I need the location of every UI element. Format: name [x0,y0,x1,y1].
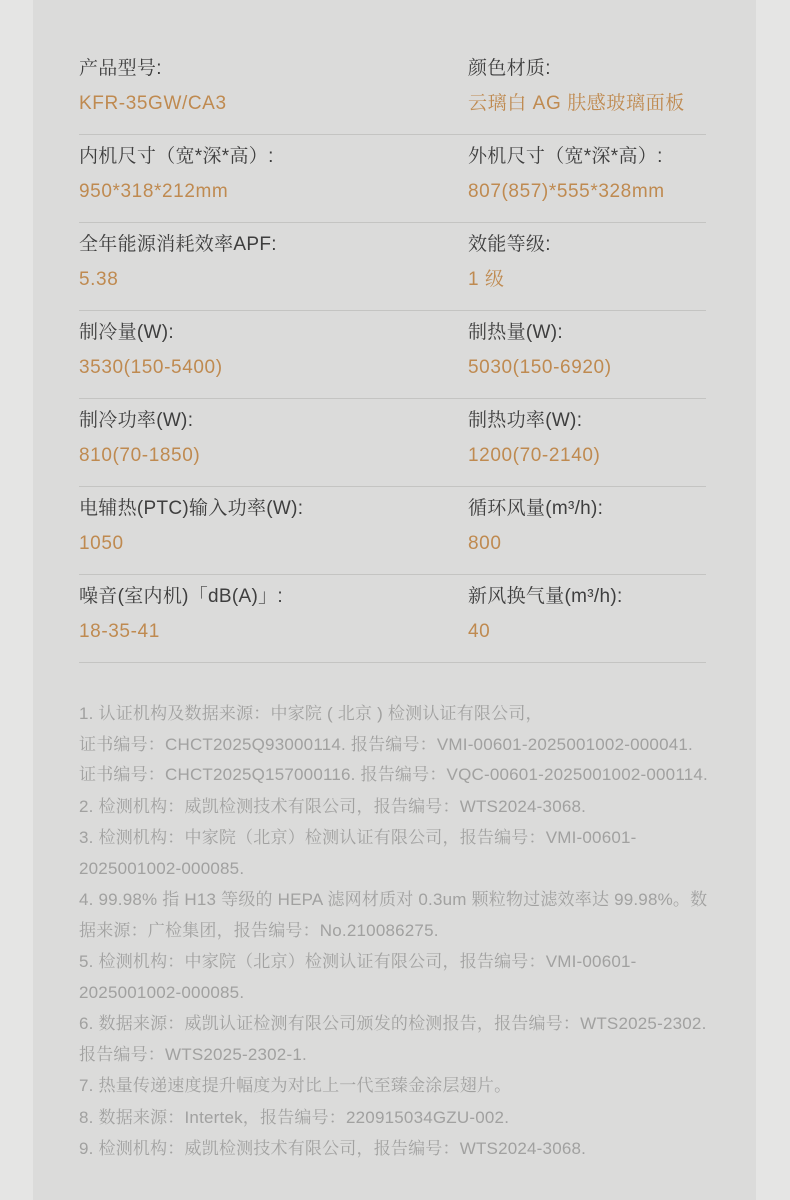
spec-cell-indoor-size: 内机尺寸（宽*深*高）: 950*318*212mm [79,144,468,205]
circulation-airflow-label: 循环风量(m³/h): [468,496,706,522]
footnote-2: 2. 检测机构：威凯检测技术有限公司，报告编号：WTS2024-3068. [79,792,708,823]
fresh-air-value: 40 [468,619,706,645]
indoor-size-value: 950*318*212mm [79,179,468,205]
spec-row-capacity: 制冷量(W): 3530(150-5400) 制热量(W): 5030(150-… [79,311,706,399]
spec-cell-apf: 全年能源消耗效率APF: 5.38 [79,232,468,293]
spec-table: 产品型号: KFR-35GW/CA3 颜色材质: 云璃白 AG 肤感玻璃面板 内… [33,0,756,663]
spec-cell-color-material: 颜色材质: 云璃白 AG 肤感玻璃面板 [468,56,706,117]
ptc-power-value: 1050 [79,531,468,557]
indoor-size-label: 内机尺寸（宽*深*高）: [79,144,468,170]
spec-row-power: 制冷功率(W): 810(70-1850) 制热功率(W): 1200(70-2… [79,399,706,487]
spec-cell-outdoor-size: 外机尺寸（宽*深*高）: 807(857)*555*328mm [468,144,706,205]
fresh-air-label: 新风换气量(m³/h): [468,584,706,610]
apf-value: 5.38 [79,267,468,293]
spec-cell-energy-grade: 效能等级: 1 级 [468,232,706,293]
heating-power-value: 1200(70-2140) [468,443,706,469]
color-material-value: 云璃白 AG 肤感玻璃面板 [468,91,706,117]
footnote-8: 8. 数据来源：Intertek，报告编号：220915034GZU-002. [79,1103,708,1134]
spec-cell-fresh-air: 新风换气量(m³/h): 40 [468,584,706,645]
spec-row-dimensions: 内机尺寸（宽*深*高）: 950*318*212mm 外机尺寸（宽*深*高）: … [79,135,706,223]
spec-cell-noise: 噪音(室内机)「dB(A)」: 18-35-41 [79,584,468,645]
spec-cell-circulation-airflow: 循环风量(m³/h): 800 [468,496,706,557]
heating-capacity-value: 5030(150-6920) [468,355,706,381]
spec-cell-heating-power: 制热功率(W): 1200(70-2140) [468,408,706,469]
cooling-power-value: 810(70-1850) [79,443,468,469]
footnotes-section: 1. 认证机构及数据来源：中家院 ( 北京 ) 检测认证有限公司， 证书编号：C… [33,663,756,1165]
footnote-1: 1. 认证机构及数据来源：中家院 ( 北京 ) 检测认证有限公司， 证书编号：C… [79,699,708,791]
outdoor-size-value: 807(857)*555*328mm [468,179,706,205]
cooling-capacity-value: 3530(150-5400) [79,355,468,381]
energy-grade-label: 效能等级: [468,232,706,258]
spec-cell-heating-capacity: 制热量(W): 5030(150-6920) [468,320,706,381]
heating-power-label: 制热功率(W): [468,408,706,434]
cooling-power-label: 制冷功率(W): [79,408,468,434]
energy-grade-value: 1 级 [468,267,706,293]
product-model-value: KFR-35GW/CA3 [79,91,468,117]
footnote-4: 4. 99.98% 指 H13 等级的 HEPA 滤网材质对 0.3um 颗粒物… [79,885,708,946]
footnote-9: 9. 检测机构：威凯检测技术有限公司，报告编号：WTS2024-3068. [79,1134,708,1165]
spec-row-model-color: 产品型号: KFR-35GW/CA3 颜色材质: 云璃白 AG 肤感玻璃面板 [79,47,706,135]
spec-row-noise-freshair: 噪音(室内机)「dB(A)」: 18-35-41 新风换气量(m³/h): 40 [79,575,706,663]
noise-value: 18-35-41 [79,619,468,645]
color-material-label: 颜色材质: [468,56,706,82]
apf-label: 全年能源消耗效率APF: [79,232,468,258]
circulation-airflow-value: 800 [468,531,706,557]
spec-cell-product-model: 产品型号: KFR-35GW/CA3 [79,56,468,117]
heating-capacity-label: 制热量(W): [468,320,706,346]
footnote-7: 7. 热量传递速度提升幅度为对比上一代至臻金涂层翅片。 [79,1071,708,1102]
spec-row-efficiency: 全年能源消耗效率APF: 5.38 效能等级: 1 级 [79,223,706,311]
product-model-label: 产品型号: [79,56,468,82]
outdoor-size-label: 外机尺寸（宽*深*高）: [468,144,706,170]
spec-cell-cooling-power: 制冷功率(W): 810(70-1850) [79,408,468,469]
cooling-capacity-label: 制冷量(W): [79,320,468,346]
spec-row-ptc-airflow: 电辅热(PTC)输入功率(W): 1050 循环风量(m³/h): 800 [79,487,706,575]
spec-cell-cooling-capacity: 制冷量(W): 3530(150-5400) [79,320,468,381]
footnote-5: 5. 检测机构：中家院（北京）检测认证有限公司，报告编号：VMI-00601-2… [79,947,708,1008]
spec-cell-ptc-power: 电辅热(PTC)输入功率(W): 1050 [79,496,468,557]
footnote-3: 3. 检测机构：中家院（北京）检测认证有限公司，报告编号：VMI-00601-2… [79,823,708,884]
footnote-6: 6. 数据来源：威凯认证检测有限公司颁发的检测报告，报告编号：WTS2025-2… [79,1009,708,1070]
noise-label: 噪音(室内机)「dB(A)」: [79,584,468,610]
product-spec-card: 产品型号: KFR-35GW/CA3 颜色材质: 云璃白 AG 肤感玻璃面板 内… [33,0,756,1200]
ptc-power-label: 电辅热(PTC)输入功率(W): [79,496,468,522]
